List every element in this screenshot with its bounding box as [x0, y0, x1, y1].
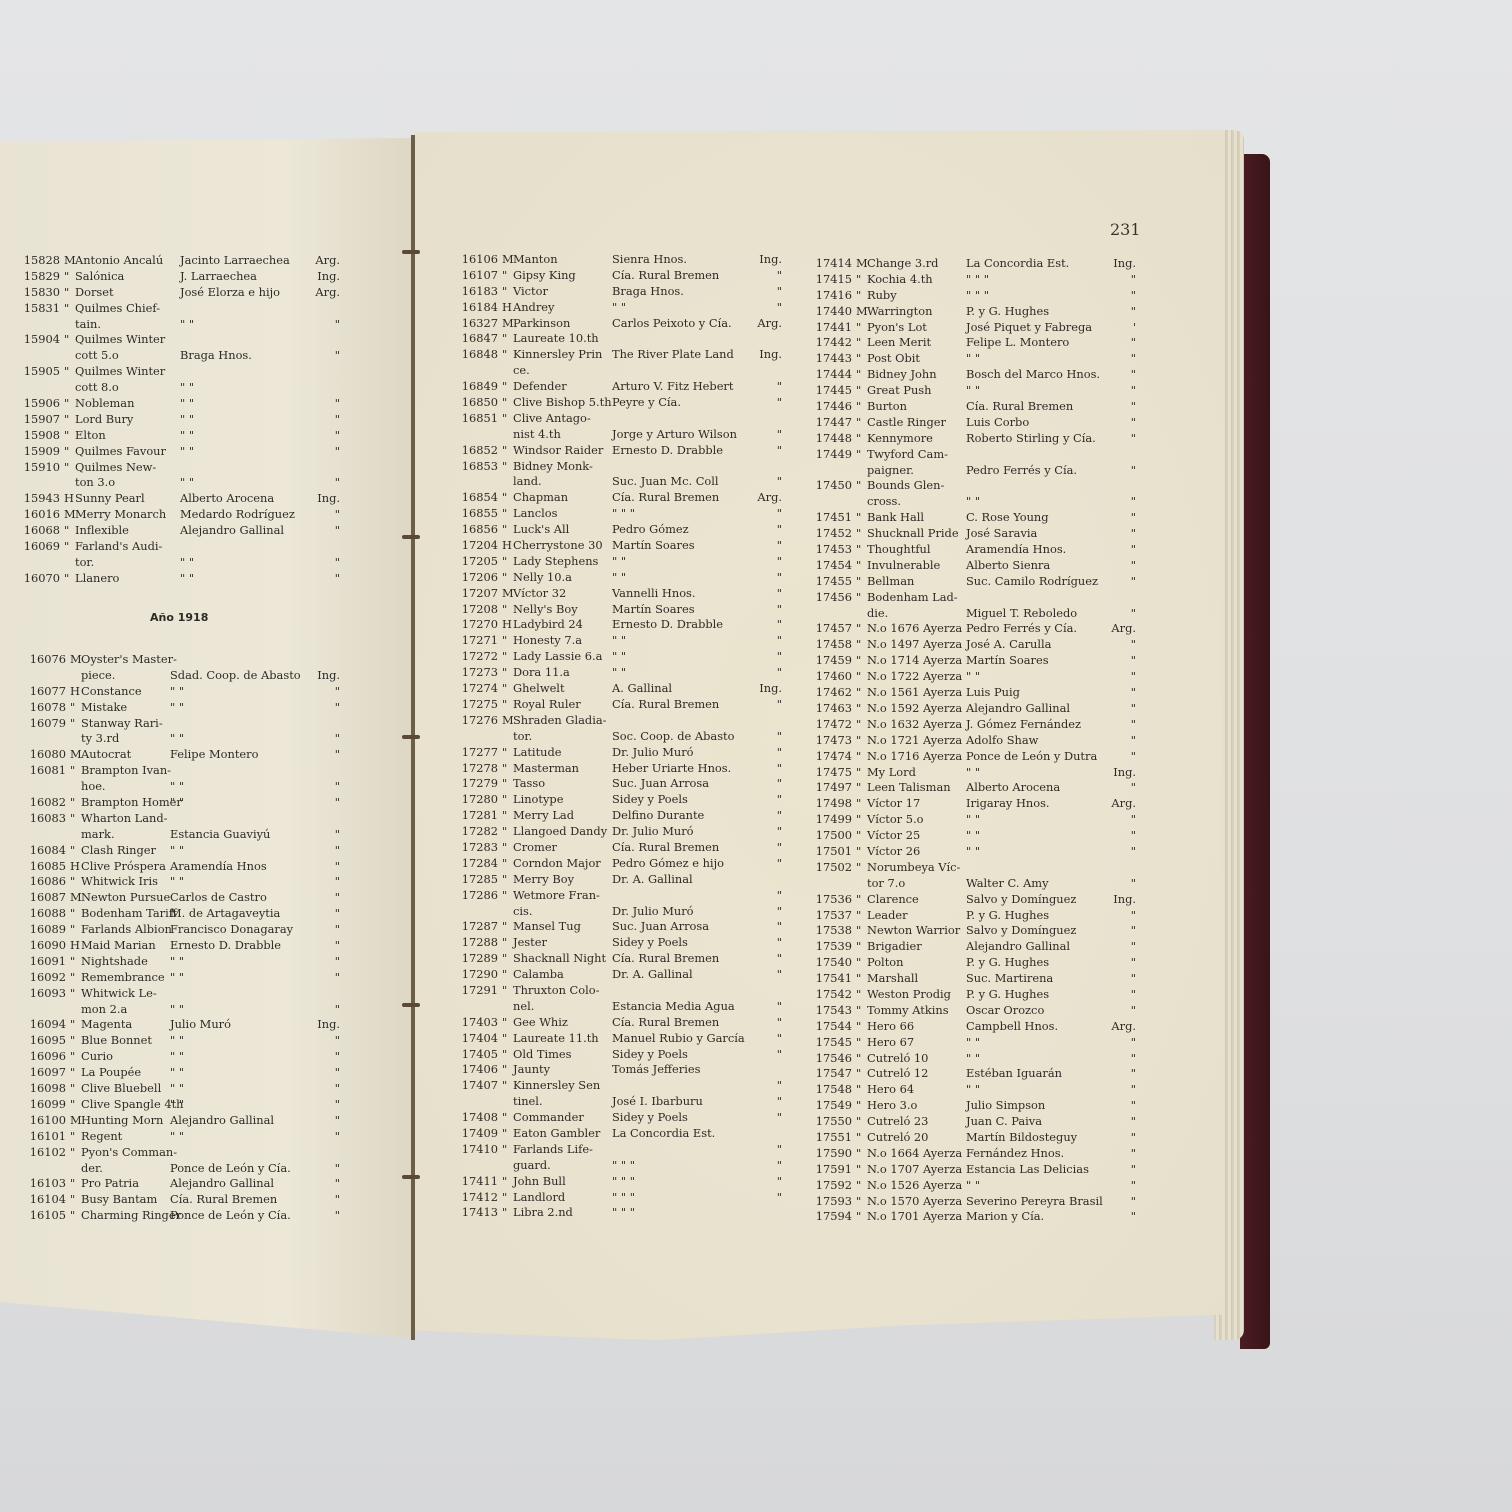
- origin: ": [1096, 780, 1136, 796]
- animal-name: Bellman: [867, 574, 914, 590]
- entry-sex: H: [502, 617, 512, 633]
- entry-sex: ": [64, 396, 74, 412]
- owner-name: " ": [170, 731, 184, 747]
- owner-name: Julio Simpson: [966, 1098, 1045, 1114]
- entry-number: 17441: [806, 320, 852, 336]
- entry-sex: M: [70, 652, 80, 668]
- entry-number: 17502: [806, 860, 852, 876]
- register-entry: 17459"N.o 1714 AyerzaMartín Soares": [806, 653, 1136, 669]
- entry-number: 16095: [20, 1033, 66, 1049]
- owner-name: P. y G. Hughes: [966, 908, 1049, 924]
- entry-number: 16098: [20, 1081, 66, 1097]
- animal-name: Bidney Monk-: [513, 459, 593, 475]
- animal-name: Libra 2.nd: [513, 1205, 573, 1221]
- origin: ": [742, 1078, 782, 1094]
- animal-name: Bodenham Lad-: [867, 590, 958, 606]
- entry-sex: ": [502, 379, 512, 395]
- register-entry: 16184HAndrey" "": [452, 300, 782, 316]
- register-entry: cross." "": [806, 494, 1136, 510]
- entry-number: 16852: [452, 443, 498, 459]
- entry-number: 16850: [452, 395, 498, 411]
- owner-name: Roberto Stirling y Cía.: [966, 431, 1096, 447]
- entry-sex: M: [502, 316, 512, 332]
- owner-name: Fernández Hnos.: [966, 1146, 1064, 1162]
- animal-name: Jaunty: [513, 1062, 550, 1078]
- owner-name: Adolfo Shaw: [966, 733, 1038, 749]
- animal-name: Wharton Land-: [81, 811, 168, 827]
- animal-name: Commander: [513, 1110, 584, 1126]
- register-entry: 16092"Remembrance" "": [20, 970, 340, 986]
- animal-name: Clive Bluebell: [81, 1081, 161, 1097]
- owner-name: Vannelli Hnos.: [612, 586, 696, 602]
- origin: ": [1096, 1178, 1136, 1194]
- entry-sex: ": [70, 1208, 80, 1224]
- register-entry: 17442"Leen MeritFelipe L. Montero": [806, 335, 1136, 351]
- entry-sex: ": [856, 272, 866, 288]
- owner-name: José I. Ibarburu: [612, 1094, 703, 1110]
- register-entry: 17272"Lady Lassie 6.a" "": [452, 649, 782, 665]
- entry-sex: ": [70, 906, 80, 922]
- animal-name: Bodenham Tariff: [81, 906, 177, 922]
- animal-name: N.o 1632 Ayerza: [867, 717, 962, 733]
- entry-number: 16090: [20, 938, 66, 954]
- register-entry: 15905"Quilmes Winter: [14, 364, 340, 380]
- entry-number: 17280: [452, 792, 498, 808]
- register-entry: 17549"Hero 3.oJulio Simpson": [806, 1098, 1136, 1114]
- register-entry: 16855"Lanclos" " "": [452, 506, 782, 522]
- register-entry: 17288"JesterSidey y Poels": [452, 935, 782, 951]
- owner-name: Soc. Coop. de Abasto: [612, 729, 735, 745]
- origin: ": [742, 1110, 782, 1126]
- animal-name: Bidney John: [867, 367, 937, 383]
- entry-sex: ": [502, 284, 512, 300]
- register-entry: 17206"Nelly 10.a" "": [452, 570, 782, 586]
- entry-sex: ": [64, 539, 74, 555]
- origin: ": [742, 665, 782, 681]
- origin: ": [1096, 526, 1136, 542]
- origin: ": [742, 1015, 782, 1031]
- owner-name: Campbell Hnos.: [966, 1019, 1058, 1035]
- animal-name: Busy Bantam: [81, 1192, 157, 1208]
- owner-name: Sidey y Poels: [612, 792, 688, 808]
- entry-sex: ": [856, 415, 866, 431]
- animal-name: Merry Boy: [513, 872, 574, 888]
- origin: ": [742, 522, 782, 538]
- owner-name: " ": [170, 874, 184, 890]
- owner-name: José Piquet y Fabrega: [966, 320, 1092, 336]
- entry-number: 17452: [806, 526, 852, 542]
- left-page-entries-bottom: 16076MOyster's Master-piece.Sdad. Coop. …: [20, 652, 340, 1224]
- register-entry: 15829"SalónicaJ. LarraecheaIng.: [14, 269, 340, 285]
- entry-sex: ": [64, 285, 74, 301]
- entry-sex: ": [856, 1035, 866, 1051]
- register-entry: 15909"Quilmes Favour" "": [14, 444, 340, 460]
- origin: ": [1096, 510, 1136, 526]
- entry-sex: H: [70, 684, 80, 700]
- entry-number: 17541: [806, 971, 852, 987]
- entry-sex: ": [502, 808, 512, 824]
- register-entry: 17541"MarshallSuc. Martirena": [806, 971, 1136, 987]
- animal-name: Whitwick Iris: [81, 874, 158, 890]
- origin: ": [1096, 955, 1136, 971]
- entry-number: 17457: [806, 621, 852, 637]
- origin: Ing.: [1096, 765, 1136, 781]
- owner-name: Sienra Hnos.: [612, 252, 687, 268]
- entry-number: 15908: [14, 428, 60, 444]
- register-entry: 17404"Laureate 11.thManuel Rubio y Garcí…: [452, 1031, 782, 1047]
- entry-sex: ": [856, 1003, 866, 1019]
- entry-number: 16848: [452, 347, 498, 363]
- entry-number: 16097: [20, 1065, 66, 1081]
- origin: ": [300, 843, 340, 859]
- animal-name: Parkinson: [513, 316, 570, 332]
- origin: ": [300, 779, 340, 795]
- entry-sex: ": [70, 874, 80, 890]
- entry-sex: ": [502, 331, 512, 347]
- animal-name: Linotype: [513, 792, 563, 808]
- animal-name: Farlands Life-: [513, 1142, 593, 1158]
- origin: Ing.: [1096, 256, 1136, 272]
- entry-sex: ": [856, 908, 866, 924]
- register-entry: 17205"Lady Stephens" "": [452, 554, 782, 570]
- animal-name: Victor: [513, 284, 548, 300]
- owner-name: C. Rose Young: [966, 510, 1049, 526]
- animal-name: N.o 1714 Ayerza: [867, 653, 962, 669]
- origin: ": [742, 856, 782, 872]
- origin: ": [1096, 733, 1136, 749]
- register-entry: 16104"Busy BantamCía. Rural Bremen": [20, 1192, 340, 1208]
- animal-name: Salónica: [75, 269, 124, 285]
- entry-number: 17462: [806, 685, 852, 701]
- owner-name: A. Gallinal: [612, 681, 672, 697]
- entry-sex: ": [502, 935, 512, 951]
- entry-number: 17460: [806, 669, 852, 685]
- owner-name: Estancia Las Delicias: [966, 1162, 1089, 1178]
- register-entry: 15910"Quilmes New-: [14, 460, 340, 476]
- origin: ": [742, 729, 782, 745]
- owner-name: Pedro Ferrés y Cía.: [966, 621, 1077, 637]
- origin: ": [300, 1161, 340, 1177]
- animal-name: N.o 1497 Ayerza: [867, 637, 962, 653]
- animal-name: Gipsy King: [513, 268, 576, 284]
- origin: ": [742, 808, 782, 824]
- origin: ": [300, 1192, 340, 1208]
- origin: ": [742, 904, 782, 920]
- entry-sex: ": [856, 653, 866, 669]
- entry-sex: ": [502, 1047, 512, 1063]
- entry-sex: ": [70, 1065, 80, 1081]
- entry-sex: ": [856, 590, 866, 606]
- origin: ": [742, 761, 782, 777]
- origin: ": [300, 1002, 340, 1018]
- register-entry: 16078"Mistake" "": [20, 700, 340, 716]
- animal-name: Shacknall Night: [513, 951, 606, 967]
- register-entry: 16091"Nightshade" "": [20, 954, 340, 970]
- register-entry: 16106MMantonSienra Hnos.Ing.: [452, 252, 782, 268]
- owner-name: J. Gómez Fernández: [966, 717, 1081, 733]
- owner-name: Dr. Julio Muró: [612, 904, 694, 920]
- entry-sex: ": [856, 1114, 866, 1130]
- owner-name: Dr. A. Gallinal: [612, 872, 693, 888]
- entry-number: 17453: [806, 542, 852, 558]
- entry-number: 17415: [806, 272, 852, 288]
- animal-name: Cromer: [513, 840, 557, 856]
- register-entry: 17547"Cutreló 12Estéban Iguarán": [806, 1066, 1136, 1082]
- entry-number: 17459: [806, 653, 852, 669]
- entry-number: 17549: [806, 1098, 852, 1114]
- register-entry: 17207MVíctor 32Vannelli Hnos.": [452, 586, 782, 602]
- origin: ": [1096, 717, 1136, 733]
- entry-number: 17287: [452, 919, 498, 935]
- entry-number: 16100: [20, 1113, 66, 1129]
- register-entry: 17454"InvulnerableAlberto Sienra": [806, 558, 1136, 574]
- animal-name: N.o 1570 Ayerza: [867, 1194, 962, 1210]
- entry-number: 16855: [452, 506, 498, 522]
- register-entry: 17289"Shacknall NightCía. Rural Bremen": [452, 951, 782, 967]
- register-entry: 17416"Ruby" " "": [806, 288, 1136, 304]
- entry-sex: ": [502, 1062, 512, 1078]
- origin: Arg.: [1096, 796, 1136, 812]
- owner-name: " ": [966, 828, 980, 844]
- animal-name: Jester: [513, 935, 547, 951]
- animal-name: Castle Ringer: [867, 415, 946, 431]
- owner-name: Salvo y Domínguez: [966, 923, 1076, 939]
- entry-sex: ": [70, 922, 80, 938]
- animal-name: Stanway Rari-: [81, 716, 163, 732]
- owner-name: Medardo Rodríguez: [180, 507, 295, 523]
- origin: ": [742, 824, 782, 840]
- entry-sex: ": [502, 1190, 512, 1206]
- owner-name: P. y G. Hughes: [966, 955, 1049, 971]
- entry-sex: ": [856, 717, 866, 733]
- entry-number: 17455: [806, 574, 852, 590]
- origin: Arg.: [300, 253, 340, 269]
- register-entry: 17450"Bounds Glen-: [806, 478, 1136, 494]
- owner-name: Bosch del Marco Hnos.: [966, 367, 1100, 383]
- entry-number: 16107: [452, 268, 498, 284]
- entry-number: 17279: [452, 776, 498, 792]
- animal-name: Manton: [513, 252, 558, 268]
- entry-number: 17544: [806, 1019, 852, 1035]
- register-entry: 16098"Clive Bluebell" "": [20, 1081, 340, 1097]
- entry-sex: ": [70, 1192, 80, 1208]
- animal-name: My Lord: [867, 765, 916, 781]
- origin: ": [1096, 399, 1136, 415]
- entry-sex: ": [502, 459, 512, 475]
- owner-name: José Saravia: [966, 526, 1037, 542]
- animal-name: Laureate 10.th: [513, 331, 599, 347]
- origin: ": [1096, 1194, 1136, 1210]
- register-entry: 17275"Royal RulerCía. Rural Bremen": [452, 697, 782, 713]
- entry-sex: ": [70, 795, 80, 811]
- entry-sex: M: [70, 1113, 80, 1129]
- entry-number: 17270: [452, 617, 498, 633]
- owner-name: Sidey y Poels: [612, 1110, 688, 1126]
- entry-number: 16847: [452, 331, 498, 347]
- origin: ": [742, 919, 782, 935]
- register-entry: 17286"Wetmore Fran-": [452, 888, 782, 904]
- origin: ": [742, 586, 782, 602]
- origin: ": [742, 633, 782, 649]
- origin: ": [300, 938, 340, 954]
- animal-name: N.o 1664 Ayerza: [867, 1146, 962, 1162]
- animal-name: Warrington: [867, 304, 932, 320]
- entry-sex: ": [502, 681, 512, 697]
- entry-number: 17413: [452, 1205, 498, 1221]
- entry-sex: ": [70, 811, 80, 827]
- entry-sex: ": [70, 843, 80, 859]
- entry-sex: ": [502, 633, 512, 649]
- origin: ": [742, 888, 782, 904]
- owner-name: " " ": [966, 288, 989, 304]
- entry-number: 17545: [806, 1035, 852, 1051]
- register-entry: 17592"N.o 1526 Ayerza" "": [806, 1178, 1136, 1194]
- register-entry: 16097"La Poupée" "": [20, 1065, 340, 1081]
- animal-name: Víctor 25: [867, 828, 920, 844]
- register-entry: mon 2.a" "": [20, 1002, 340, 1018]
- register-entry: 17462"N.o 1561 AyerzaLuis Puig": [806, 685, 1136, 701]
- animal-name: Nightshade: [81, 954, 148, 970]
- register-entry: 17591"N.o 1707 AyerzaEstancia Las Delici…: [806, 1162, 1136, 1178]
- owner-name: " ": [612, 554, 626, 570]
- animal-name: Farlands Albion: [81, 922, 172, 938]
- animal-name: Lady Lassie 6.a: [513, 649, 602, 665]
- origin: ": [1096, 1082, 1136, 1098]
- register-entry: 16016MMerry MonarchMedardo Rodríguez": [14, 507, 340, 523]
- animal-name: Autocrat: [81, 747, 131, 763]
- register-entry: 17548"Hero 64" "": [806, 1082, 1136, 1098]
- register-entry: 17473"N.o 1721 AyerzaAdolfo Shaw": [806, 733, 1136, 749]
- origin: ": [1096, 971, 1136, 987]
- entry-sex: ": [64, 523, 74, 539]
- entry-sex: ": [502, 443, 512, 459]
- owner-name: Pedro Gómez e hijo: [612, 856, 724, 872]
- origin: ": [1096, 1146, 1136, 1162]
- entry-number: 17278: [452, 761, 498, 777]
- register-entry: 17542"Weston ProdigP. y G. Hughes": [806, 987, 1136, 1003]
- animal-name: Antonio Ancalú: [75, 253, 163, 269]
- register-entry: 17546"Cutreló 10" "": [806, 1051, 1136, 1067]
- origin: Arg.: [300, 285, 340, 301]
- owner-name: Tomás Jefferies: [612, 1062, 700, 1078]
- animal-name: Great Push: [867, 383, 931, 399]
- entry-number: 16080: [20, 747, 66, 763]
- entry-sex: ": [502, 490, 512, 506]
- register-entry: 17405"Old TimesSidey y Poels": [452, 1047, 782, 1063]
- entry-sex: ": [70, 1176, 80, 1192]
- register-entry: 16849"DefenderArturo V. Fitz Hebert": [452, 379, 782, 395]
- entry-sex: ": [856, 288, 866, 304]
- entry-sex: ": [502, 761, 512, 777]
- origin: ": [1096, 304, 1136, 320]
- animal-name: Magenta: [81, 1017, 132, 1033]
- owner-name: Estancia Guaviyú: [170, 827, 270, 843]
- entry-sex: M: [502, 713, 512, 729]
- owner-name: Sidey y Poels: [612, 935, 688, 951]
- owner-name: " ": [170, 970, 184, 986]
- owner-name: Irigaray Hnos.: [966, 796, 1050, 812]
- animal-name: Honesty 7.a: [513, 633, 582, 649]
- entry-number: 16082: [20, 795, 66, 811]
- entry-number: 16105: [20, 1208, 66, 1224]
- animal-name: Hero 3.o: [867, 1098, 917, 1114]
- origin: ": [1096, 939, 1136, 955]
- animal-name: N.o 1701 Ayerza: [867, 1209, 962, 1225]
- entry-sex: ": [502, 697, 512, 713]
- animal-name: mark.: [81, 827, 115, 843]
- entry-number: 16183: [452, 284, 498, 300]
- origin: ": [300, 555, 340, 571]
- register-entry: 17497"Leen TalismanAlberto Arocena": [806, 780, 1136, 796]
- animal-name: Merry Lad: [513, 808, 574, 824]
- entry-number: 16103: [20, 1176, 66, 1192]
- owner-name: Cía. Rural Bremen: [612, 951, 719, 967]
- register-entry: 17502"Norumbeya Víc-: [806, 860, 1136, 876]
- entry-sex: ": [502, 1126, 512, 1142]
- animal-name: Burton: [867, 399, 907, 415]
- animal-name: Andrey: [513, 300, 554, 316]
- owner-name: " ": [170, 1049, 184, 1065]
- animal-name: Regent: [81, 1129, 122, 1145]
- owner-name: Pedro Ferrés y Cía.: [966, 463, 1077, 479]
- origin: ": [300, 827, 340, 843]
- owner-name: " ": [966, 1035, 980, 1051]
- origin: ": [742, 474, 782, 490]
- register-entry: 17406"JauntyTomás Jefferies: [452, 1062, 782, 1078]
- register-entry: 16853"Bidney Monk-: [452, 459, 782, 475]
- origin: Ing.: [742, 252, 782, 268]
- entry-number: 16101: [20, 1129, 66, 1145]
- owner-name: J. Larraechea: [180, 269, 257, 285]
- entry-sex: M: [64, 253, 74, 269]
- animal-name: Newton Pursue: [81, 890, 170, 906]
- entry-number: 15904: [14, 332, 60, 348]
- animal-name: N.o 1676 Ayerza: [867, 621, 962, 637]
- entry-number: 16079: [20, 716, 66, 732]
- register-entry: 17453"ThoughtfulAramendía Hnos.": [806, 542, 1136, 558]
- register-entry: 17441"Pyon's LotJosé Piquet y Fabrega': [806, 320, 1136, 336]
- animal-name: Pyon's Lot: [867, 320, 927, 336]
- origin: ": [1096, 1051, 1136, 1067]
- animal-name: Ladybird 24: [513, 617, 583, 633]
- entry-number: 16089: [20, 922, 66, 938]
- owner-name: " ": [612, 570, 626, 586]
- entry-number: 17414: [806, 256, 852, 272]
- origin: ": [300, 890, 340, 906]
- origin: ": [1096, 1066, 1136, 1082]
- entry-number: 17536: [806, 892, 852, 908]
- animal-name: Brigadier: [867, 939, 922, 955]
- register-entry: 16854"ChapmanCía. Rural BremenArg.: [452, 490, 782, 506]
- origin: ": [300, 1065, 340, 1081]
- animal-name: cross.: [867, 494, 901, 510]
- register-entry: 16085HClive PrósperaAramendía Hnos": [20, 859, 340, 875]
- entry-sex: ": [856, 1178, 866, 1194]
- owner-name: Cía. Rural Bremen: [612, 268, 719, 284]
- animal-name: Norumbeya Víc-: [867, 860, 960, 876]
- animal-name: Víctor 32: [513, 586, 566, 602]
- animal-name: Dora 11.a: [513, 665, 570, 681]
- entry-number: 17276: [452, 713, 498, 729]
- register-entry: 16105"Charming RingerPonce de León y Cía…: [20, 1208, 340, 1224]
- animal-name: John Bull: [513, 1174, 566, 1190]
- origin: ": [742, 300, 782, 316]
- origin: ": [1096, 876, 1136, 892]
- register-entry: nel.Estancia Media Agua": [452, 999, 782, 1015]
- entry-sex: ": [856, 621, 866, 637]
- register-entry: 17475"My Lord" "Ing.: [806, 765, 1136, 781]
- animal-name: Leen Talisman: [867, 780, 951, 796]
